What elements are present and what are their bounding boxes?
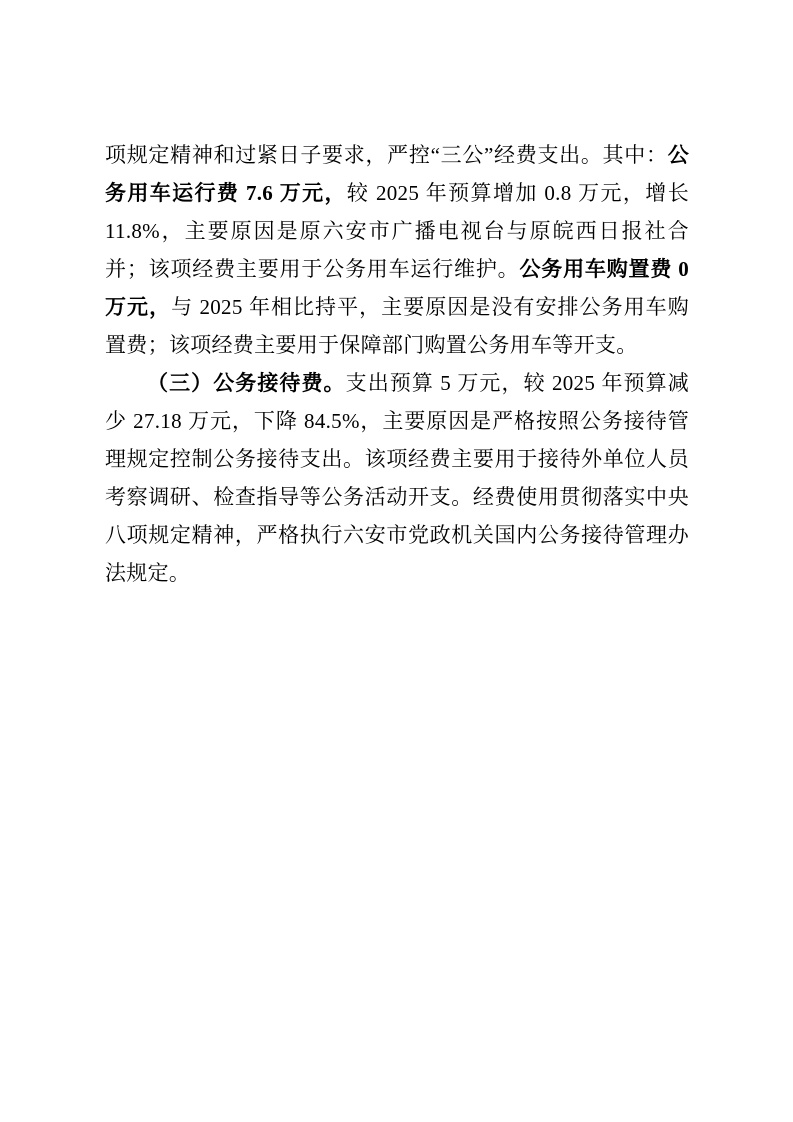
text-run: 与 2025 年相比持平，主要原因是没有安排公务用车购置费；该项经费主要用于保障…: [105, 295, 689, 357]
text-run: 项规定精神和过紧日子要求，严控“三公”经费支出。其中：: [105, 143, 668, 167]
paragraph: 项规定精神和过紧日子要求，严控“三公”经费支出。其中：公务用车运行费 7.6 万…: [105, 136, 689, 364]
paragraph: （三）公务接待费。支出预算 5 万元，较 2025 年预算减少 27.18 万元…: [105, 364, 689, 592]
document-body: 项规定精神和过紧日子要求，严控“三公”经费支出。其中：公务用车运行费 7.6 万…: [105, 136, 689, 592]
document-page: 项规定精神和过紧日子要求，严控“三公”经费支出。其中：公务用车运行费 7.6 万…: [0, 0, 793, 1122]
text-run: 支出预算 5 万元，较 2025 年预算减少 27.18 万元，下降 84.5%…: [105, 371, 689, 585]
bold-text-run: （三）公务接待费。: [147, 371, 346, 395]
